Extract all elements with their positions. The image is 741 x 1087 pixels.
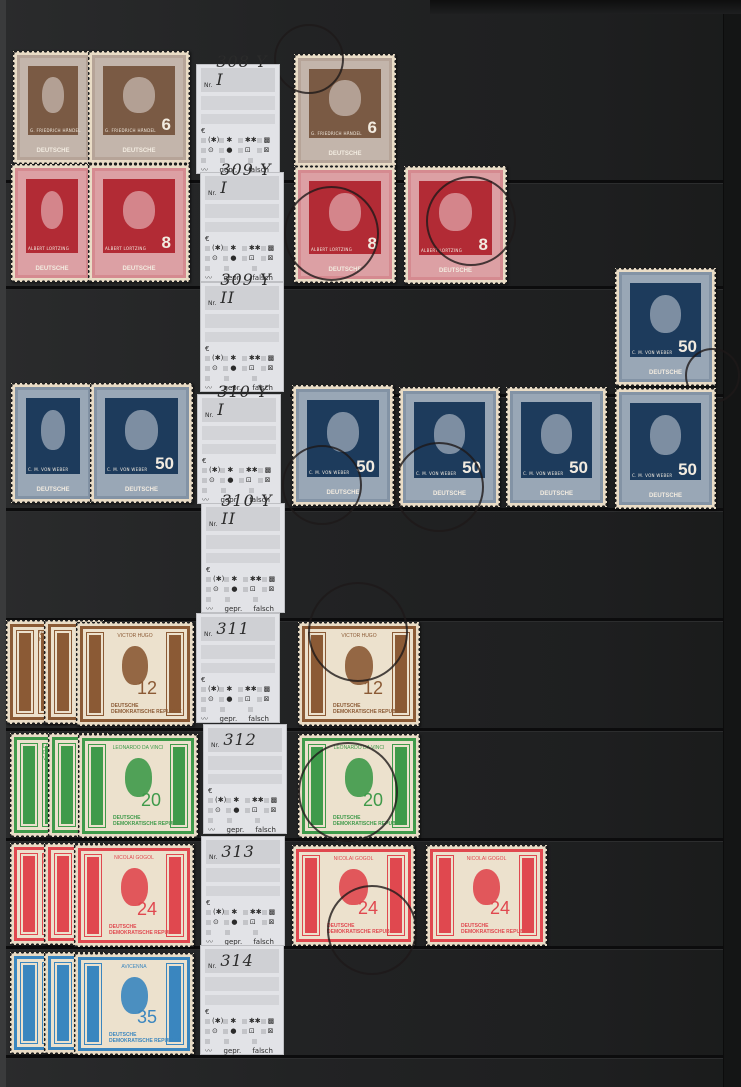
- stamp-country: DEUTSCHE DEMOKRATISCHE REPUBLIK: [113, 815, 184, 827]
- stamp-value: 6: [368, 118, 377, 138]
- condition-option: ●: [219, 694, 237, 704]
- condition-option: (✱): [206, 907, 224, 917]
- card-number-row: Nr. 310 Y II: [206, 507, 280, 531]
- stamp-value: 24: [137, 899, 157, 920]
- condition-option: ✱✱: [242, 353, 261, 363]
- condition-option: ✱✱: [243, 574, 262, 584]
- currency-label: €: [205, 235, 279, 243]
- stamp-c-m-von-weber: C. M. VON WEBER50DEUTSCHE: [615, 268, 716, 386]
- stamp-c-m-von-weber: C. M. VON WEBER50DEUTSCHE: [90, 383, 193, 503]
- condition-option: ●: [220, 475, 238, 485]
- card-blank-field: [208, 774, 282, 784]
- portrait: [439, 193, 471, 231]
- condition-option: falsch: [255, 815, 282, 835]
- stamp-value: 6: [162, 115, 171, 135]
- condition-option: falsch: [252, 1036, 279, 1056]
- stamp-subject: G. FRIEDRICH HÄNDEL: [30, 128, 81, 133]
- card-blank-field: [206, 535, 280, 549]
- currency-label: €: [205, 1008, 279, 1016]
- stamp-avicenna: AVICENNA35DEUTSCHE DEMOKRATISCHE REPUBLI…: [74, 953, 194, 1055]
- portrait: [41, 410, 65, 450]
- condition-option: ⊡: [245, 805, 264, 815]
- card-number-row: Nr. 312: [208, 728, 282, 752]
- nr-label: Nr.: [204, 631, 212, 638]
- condition-option: ▩: [262, 907, 280, 917]
- condition-option: (✱): [205, 243, 223, 253]
- card-number-row: Nr. 308 Y I: [201, 68, 275, 92]
- stamp-c-m-von-weber: C. M. VON WEBERDEUTSCHE: [11, 383, 95, 503]
- stamp-value: 50: [462, 458, 481, 478]
- nr-label: Nr.: [204, 82, 212, 89]
- condition-option: ●: [219, 145, 237, 155]
- card-blank-field: [205, 332, 279, 342]
- condition-option: ⊡: [239, 475, 258, 485]
- condition-option: 〰: [206, 594, 220, 614]
- stockbook-page: G. FRIEDRICH HÄNDELDEUTSCHEG. FRIEDRICH …: [0, 0, 741, 1087]
- stamp-subject: NICOLAI GOGOL: [459, 856, 514, 862]
- condition-option: falsch: [253, 927, 280, 947]
- condition-option: ▩: [262, 574, 280, 584]
- condition-option: gepr.: [227, 815, 251, 835]
- condition-grid: (✱)✱✱✱▩ ⊙●⊡⊠: [201, 684, 275, 704]
- stamp-subject: C. M. VON WEBER: [28, 467, 68, 472]
- currency-label: €: [205, 345, 279, 353]
- stamp-value: 50: [356, 457, 375, 477]
- stamp-subject: AVICENNA: [107, 964, 161, 970]
- condition-option: ▩: [258, 465, 276, 475]
- condition-option: ✱: [224, 574, 242, 584]
- stamp-albert-lortzing: ALBERT LORTZING8DEUTSCHE: [88, 164, 190, 282]
- condition-grid: (✱)✱✱✱▩ ⊙●⊡⊠: [206, 907, 280, 927]
- page-left-edge: [0, 0, 6, 1087]
- card-blank-field: [205, 977, 279, 991]
- catalog-card: Nr. 309 Y II € (✱)✱✱✱▩ ⊙●⊡⊠ 〰gepr.falsch: [200, 282, 284, 392]
- stamp-country: DEUTSCHE: [411, 267, 500, 275]
- condition-option: ✱✱: [239, 465, 258, 475]
- portrait: [123, 191, 155, 229]
- currency-label: €: [208, 787, 282, 795]
- condition-option: ●: [223, 363, 241, 373]
- condition-option: ⊙: [206, 584, 224, 594]
- card-blank-field: [206, 886, 280, 896]
- stamp-country: DEUTSCHE: [301, 266, 389, 274]
- condition-option: (✱): [201, 684, 219, 694]
- stamp-country: DEUTSCHE DEMOKRATISCHE REPUBLIK: [333, 815, 404, 827]
- catalog-number: 312: [223, 731, 257, 749]
- condition-footer: 〰gepr.falsch: [201, 704, 275, 724]
- condition-option: ✱✱: [238, 684, 257, 694]
- condition-option: ●: [226, 805, 244, 815]
- condition-option: ⊡: [242, 253, 261, 263]
- catalog-number: 314: [220, 952, 254, 970]
- condition-option: ▩: [264, 795, 282, 805]
- catalog-card: Nr. 311 € (✱)✱✱✱▩ ⊙●⊡⊠ 〰gepr.falsch: [196, 613, 280, 723]
- condition-option: ⊠: [262, 917, 280, 927]
- condition-option: (✱): [205, 353, 223, 363]
- condition-option: ⊡: [242, 363, 261, 373]
- card-number-row: Nr. 309 Y II: [205, 286, 279, 310]
- stamp-value: 50: [155, 454, 174, 474]
- catalog-number: 309 Y I: [220, 161, 276, 197]
- catalog-card: Nr. 312 € (✱)✱✱✱▩ ⊙●⊡⊠ 〰gepr.falsch: [203, 724, 287, 834]
- stamp-value: 35: [137, 1007, 157, 1028]
- stamp-value: 12: [137, 678, 157, 699]
- condition-option: ✱: [224, 907, 242, 917]
- condition-option: ●: [223, 253, 241, 263]
- condition-option: ⊙: [201, 145, 219, 155]
- stamp-country: DEUTSCHE DEMOKRATISCHE REPUBLIK: [109, 1032, 180, 1044]
- condition-option: ●: [224, 584, 242, 594]
- stamp-country: DEUTSCHE: [622, 369, 709, 377]
- card-blank-field: [202, 444, 276, 454]
- currency-label: €: [201, 676, 275, 684]
- stamp-subject: C. M. VON WEBER: [107, 467, 147, 472]
- portrait: [329, 80, 361, 116]
- condition-option: ⊡: [238, 694, 257, 704]
- condition-option: 〰: [201, 704, 215, 724]
- condition-grid: (✱)✱✱✱▩ ⊙●⊡⊠: [205, 243, 279, 263]
- condition-option: ✱: [220, 465, 238, 475]
- stamp-g-friedrich-h-ndel: G. FRIEDRICH HÄNDELDEUTSCHE: [13, 51, 93, 164]
- condition-option: ✱: [223, 353, 241, 363]
- condition-option: ⊡: [243, 584, 262, 594]
- strip-divider: [6, 618, 723, 621]
- condition-option: ●: [224, 917, 242, 927]
- stamp-country: DEUTSCHE: [18, 486, 88, 494]
- stamp-subject: ALBERT LORTZING: [28, 246, 69, 251]
- stamp-albert-lortzing: ALBERT LORTZING8DEUTSCHE: [404, 166, 507, 284]
- portrait: [541, 414, 572, 454]
- stamp-country: DEUTSCHE: [95, 265, 183, 273]
- card-blank-field: [202, 426, 276, 440]
- stamp-subject: C. M. VON WEBER: [523, 471, 563, 476]
- condition-option: ⊠: [257, 145, 275, 155]
- stamp-country: DEUTSCHE: [95, 147, 183, 155]
- condition-option: (✱): [202, 465, 220, 475]
- stamp-country: DEUTSCHE DEMOKRATISCHE REPUBLIK: [333, 703, 404, 715]
- condition-option: ⊡: [243, 917, 262, 927]
- portrait: [41, 191, 64, 229]
- card-blank-field: [201, 114, 275, 124]
- stamp-albert-lortzing: ALBERT LORTZING8DEUTSCHE: [294, 166, 396, 283]
- card-blank-field: [206, 868, 280, 882]
- condition-option: ✱: [223, 1016, 241, 1026]
- condition-grid: (✱)✱✱✱▩ ⊙●⊡⊠: [202, 465, 276, 485]
- stamp-subject: G. FRIEDRICH HÄNDEL: [311, 131, 362, 136]
- portrait: [125, 410, 157, 450]
- stamp-subject: LEONARDO DA VINCI: [331, 745, 387, 751]
- strip-divider: [6, 728, 723, 731]
- catalog-card: Nr. 308 Y I € (✱)✱✱✱▩ ⊙●⊡⊠ 〰gepr.falsch: [196, 64, 280, 174]
- catalog-number: 311: [216, 620, 250, 638]
- stamp-value: 12: [363, 678, 383, 699]
- condition-option: 〰: [208, 815, 222, 835]
- condition-option: ⊠: [264, 805, 282, 815]
- card-blank-field: [201, 663, 275, 673]
- currency-label: €: [202, 457, 276, 465]
- condition-option: gepr.: [220, 704, 244, 724]
- nr-label: Nr.: [205, 412, 213, 419]
- stamp-country: DEUTSCHE: [513, 490, 600, 498]
- condition-option: 〰: [206, 927, 220, 947]
- condition-option: ✱: [219, 684, 237, 694]
- stamp-country: DEUTSCHE: [301, 150, 389, 158]
- stamp-subject: LEONARDO DA VINCI: [111, 745, 165, 751]
- stamp-subject: NICOLAI GOGOL: [325, 856, 382, 862]
- portrait: [329, 193, 361, 231]
- catalog-number: 308 Y I: [216, 53, 272, 89]
- stamp-c-m-von-weber: C. M. VON WEBER50DEUTSCHE: [615, 388, 716, 509]
- condition-option: ⊙: [206, 917, 224, 927]
- condition-grid: (✱)✱✱✱▩ ⊙●⊡⊠: [201, 135, 275, 155]
- card-blank-field: [205, 204, 279, 218]
- condition-option: ▩: [257, 684, 275, 694]
- catalog-number: 310 Y II: [221, 492, 277, 528]
- stamp-nicolai-gogol: NICOLAI GOGOL24DEUTSCHE DEMOKRATISCHE RE…: [292, 845, 415, 946]
- catalog-card: Nr. 314 € (✱)✱✱✱▩ ⊙●⊡⊠ 〰gepr.falsch: [200, 945, 284, 1055]
- condition-option: ✱✱: [245, 795, 264, 805]
- stamp-country: DEUTSCHE: [97, 486, 186, 494]
- condition-option: ✱: [223, 243, 241, 253]
- card-number-row: Nr. 310 Y I: [202, 398, 276, 422]
- nr-label: Nr.: [208, 963, 216, 970]
- condition-option: falsch: [248, 704, 275, 724]
- stamp-country: DEUTSCHE DEMOKRATISCHE REPUBLIK: [327, 923, 398, 935]
- stamp-country: DEUTSCHE: [18, 265, 86, 273]
- condition-grid: (✱)✱✱✱▩ ⊙●⊡⊠: [205, 353, 279, 373]
- currency-label: €: [206, 899, 280, 907]
- card-blank-field: [205, 314, 279, 328]
- condition-footer: 〰gepr.falsch: [205, 1036, 279, 1056]
- condition-option: ⊙: [202, 475, 220, 485]
- stamp-value: 50: [569, 458, 588, 478]
- stamp-value: 20: [141, 790, 161, 811]
- currency-label: €: [201, 127, 275, 135]
- stamp-country: DEUTSCHE: [20, 147, 86, 155]
- catalog-card: Nr. 310 Y I € (✱)✱✱✱▩ ⊙●⊡⊠ 〰gepr.falsch: [197, 394, 281, 504]
- condition-option: ✱: [226, 795, 244, 805]
- stamp-g-friedrich-h-ndel: G. FRIEDRICH HÄNDEL6DEUTSCHE: [88, 51, 190, 164]
- stamp-c-m-von-weber: C. M. VON WEBER50DEUTSCHE: [506, 387, 607, 507]
- condition-option: ⊠: [261, 253, 279, 263]
- catalog-card: Nr. 309 Y I € (✱)✱✱✱▩ ⊙●⊡⊠ 〰gepr.falsch: [200, 172, 284, 282]
- stamp-victor-hugo: VICTOR HUGO12DEUTSCHE DEMOKRATISCHE REPU…: [298, 622, 420, 726]
- condition-option: ⊙: [201, 694, 219, 704]
- condition-option: gepr.: [225, 927, 249, 947]
- condition-option: ⊙: [208, 805, 226, 815]
- condition-option: 〰: [205, 263, 219, 283]
- stamp-albert-lortzing: ALBERT LORTZINGDEUTSCHE: [11, 164, 93, 282]
- condition-grid: (✱)✱✱✱▩ ⊙●⊡⊠: [205, 1016, 279, 1036]
- condition-option: ⊙: [205, 253, 223, 263]
- condition-footer: 〰gepr.falsch: [206, 927, 280, 947]
- stamp-subject: C. M. VON WEBER: [309, 470, 349, 475]
- portrait: [650, 415, 681, 455]
- condition-option: falsch: [253, 594, 280, 614]
- stamp-subject: C. M. VON WEBER: [632, 473, 672, 478]
- card-blank-field: [205, 222, 279, 232]
- stamp-country: DEUTSCHE DEMOKRATISCHE REPUBLIK: [109, 924, 180, 936]
- stamp-value: 8: [162, 233, 171, 253]
- condition-option: (✱): [206, 574, 224, 584]
- stamp-country: DEUTSCHE: [299, 489, 387, 497]
- nr-label: Nr.: [209, 854, 217, 861]
- condition-option: ✱✱: [243, 907, 262, 917]
- condition-option: ●: [223, 1026, 241, 1036]
- nr-label: Nr.: [211, 742, 219, 749]
- card-blank-field: [201, 96, 275, 110]
- card-number-row: Nr. 311: [201, 617, 275, 641]
- condition-option: 〰: [205, 1036, 219, 1056]
- condition-option: gepr.: [224, 1036, 248, 1056]
- condition-option: 〰: [202, 485, 216, 505]
- stamp-subject: VICTOR HUGO: [331, 633, 387, 639]
- stamp-country: DEUTSCHE: [622, 492, 709, 500]
- catalog-card: Nr. 313 € (✱)✱✱✱▩ ⊙●⊡⊠ 〰gepr.falsch: [201, 836, 285, 946]
- nr-label: Nr.: [208, 190, 216, 197]
- top-shadow: [430, 0, 741, 14]
- catalog-number: 310 Y I: [217, 383, 273, 419]
- condition-option: ⊠: [261, 1026, 279, 1036]
- condition-grid: (✱)✱✱✱▩ ⊙●⊡⊠: [208, 795, 282, 815]
- stamp-subject: ALBERT LORTZING: [421, 248, 462, 253]
- stamp-value: 50: [678, 337, 697, 357]
- stamp-subject: C. M. VON WEBER: [416, 471, 456, 476]
- portrait: [650, 295, 681, 333]
- stamp-g-friedrich-h-ndel: G. FRIEDRICH HÄNDEL6DEUTSCHE: [294, 54, 396, 167]
- stamp-value: 20: [363, 790, 383, 811]
- card-number-row: Nr. 314: [205, 949, 279, 973]
- stamp-c-m-von-weber: C. M. VON WEBER50DEUTSCHE: [292, 385, 394, 506]
- condition-option: ▩: [261, 353, 279, 363]
- stamp-subject: VICTOR HUGO: [109, 633, 161, 639]
- stamp-c-m-von-weber: C. M. VON WEBER50DEUTSCHE: [399, 387, 500, 507]
- stamp-subject: ALBERT LORTZING: [105, 246, 146, 251]
- condition-grid: (✱)✱✱✱▩ ⊙●⊡⊠: [206, 574, 280, 594]
- condition-option: ⊠: [262, 584, 280, 594]
- condition-option: ⊠: [257, 694, 275, 704]
- stamp-value: 24: [490, 898, 510, 919]
- stamp-country: DEUTSCHE: [406, 490, 493, 498]
- stamp-nicolai-gogol: NICOLAI GOGOL24DEUTSCHE DEMOKRATISCHE RE…: [74, 844, 194, 947]
- stamp-leonardo-da-vinci: LEONARDO DA VINCI20DEUTSCHE DEMOKRATISCH…: [298, 734, 420, 838]
- card-number-row: Nr. 309 Y I: [205, 176, 279, 200]
- card-blank-field: [208, 756, 282, 770]
- portrait: [42, 77, 64, 113]
- strip-divider: [6, 1055, 723, 1058]
- stamp-subject: ALBERT LORTZING: [311, 247, 352, 252]
- stamp-subject: NICOLAI GOGOL: [107, 855, 161, 861]
- portrait: [327, 412, 359, 452]
- portrait: [123, 77, 155, 113]
- condition-option: gepr.: [225, 594, 249, 614]
- strip-divider: [6, 838, 723, 841]
- card-blank-field: [205, 995, 279, 1005]
- currency-label: €: [206, 566, 280, 574]
- condition-option: ⊡: [238, 145, 257, 155]
- catalog-number: 309 Y II: [220, 271, 276, 307]
- condition-footer: 〰gepr.falsch: [206, 594, 280, 614]
- catalog-card: Nr. 310 Y II € (✱)✱✱✱▩ ⊙●⊡⊠ 〰gepr.falsch: [201, 503, 285, 613]
- condition-option: ⊠: [261, 363, 279, 373]
- condition-footer: 〰gepr.falsch: [208, 815, 282, 835]
- condition-option: (✱): [205, 1016, 223, 1026]
- portrait: [434, 414, 465, 454]
- stamp-country: DEUTSCHE DEMOKRATISCHE REPUBLIK: [111, 703, 182, 715]
- condition-option: ✱✱: [242, 1016, 261, 1026]
- stamp-value: 8: [479, 235, 488, 255]
- condition-option: ▩: [257, 135, 275, 145]
- condition-option: (✱): [201, 135, 219, 145]
- card-blank-field: [201, 645, 275, 659]
- condition-option: ✱: [219, 135, 237, 145]
- condition-option: ⊙: [205, 363, 223, 373]
- stamp-value: 50: [678, 460, 697, 480]
- condition-option: (✱): [208, 795, 226, 805]
- stamp-nicolai-gogol: NICOLAI GOGOL24DEUTSCHE DEMOKRATISCHE RE…: [426, 845, 547, 946]
- stamp-country: DEUTSCHE DEMOKRATISCHE REPUBLIK: [461, 923, 532, 935]
- card-blank-field: [206, 553, 280, 563]
- stamp-subject: C. M. VON WEBER: [632, 350, 672, 355]
- condition-option: ▩: [261, 243, 279, 253]
- stamp-subject: G. FRIEDRICH HÄNDEL: [105, 128, 156, 133]
- condition-option: ⊙: [205, 1026, 223, 1036]
- stamp-value: 8: [368, 234, 377, 254]
- nr-label: Nr.: [208, 300, 216, 307]
- condition-option: ✱✱: [242, 243, 261, 253]
- nr-label: Nr.: [209, 521, 217, 528]
- condition-option: ⊡: [242, 1026, 261, 1036]
- catalog-number: 313: [221, 843, 255, 861]
- condition-option: ⊠: [258, 475, 276, 485]
- stamp-victor-hugo: VICTOR HUGO12DEUTSCHE DEMOKRATISCHE REPU…: [76, 622, 194, 726]
- stamp-value: 24: [358, 898, 378, 919]
- condition-option: ▩: [261, 1016, 279, 1026]
- stamp-leonardo-da-vinci: LEONARDO DA VINCI20DEUTSCHE DEMOKRATISCH…: [78, 734, 198, 838]
- card-number-row: Nr. 313: [206, 840, 280, 864]
- condition-option: ✱✱: [238, 135, 257, 145]
- page-binding-band: [723, 0, 741, 1087]
